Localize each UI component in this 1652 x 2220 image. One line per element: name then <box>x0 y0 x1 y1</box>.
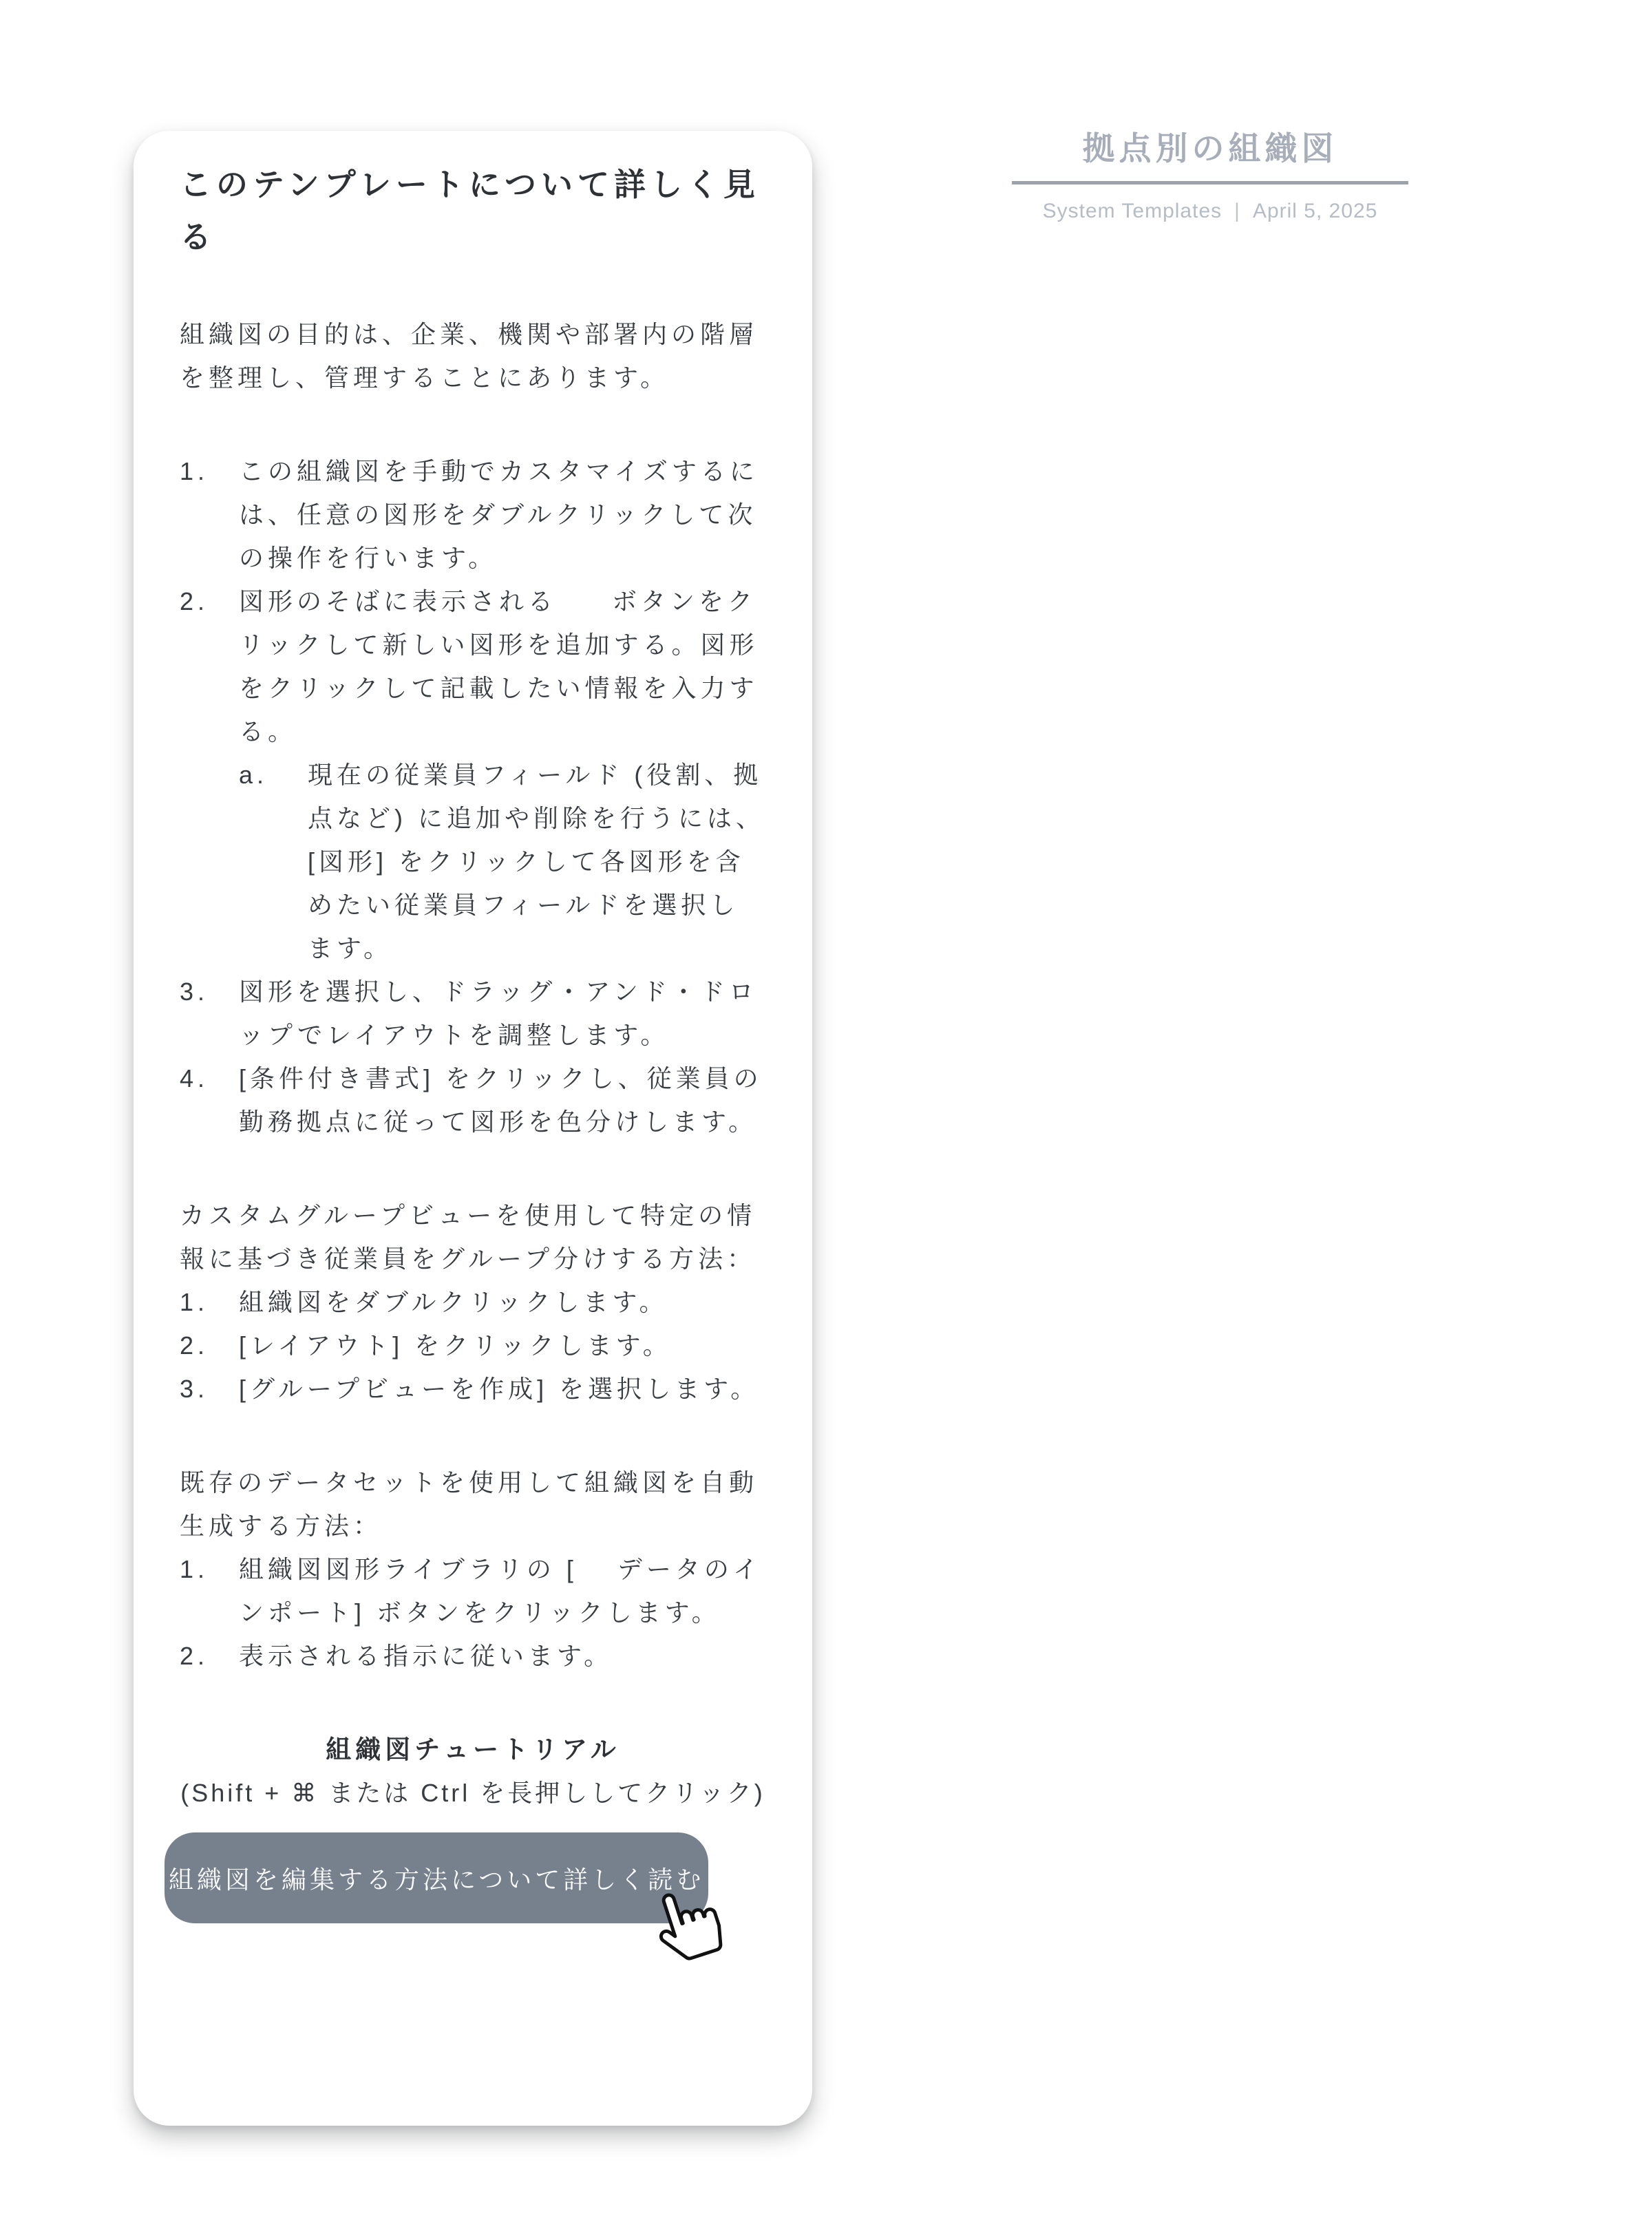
sub-list-item: a. 現在の従業員フィールド (役割、拠点など) に追加や削除を行うには、[図形… <box>239 753 766 970</box>
document-meta-date: April 5, 2025 <box>1253 200 1377 222</box>
list-item-text: この組織図を手動でカスタマイズするには、任意の図形をダブルクリックして次の操作を… <box>239 450 766 580</box>
list-item-text: 組織図をダブルクリックします。 <box>239 1280 766 1324</box>
list-item-text: [レイアウト] をクリックします。 <box>239 1324 766 1367</box>
document-meta-source: System Templates <box>1043 200 1222 222</box>
document-title: 拠点別の組織図 <box>1012 128 1408 169</box>
title-underline <box>1012 181 1408 184</box>
list-marker: 4. <box>180 1057 239 1143</box>
list-item-text-before-icon: 組織図図形ライブラリの [ <box>239 1555 578 1583</box>
groupview-list: 1. 組織図をダブルクリックします。 2. [レイアウト] をクリックします。 … <box>180 1280 766 1410</box>
list-marker: 2. <box>180 1634 239 1678</box>
list-marker: 2. <box>180 580 239 970</box>
list-marker: 1. <box>180 450 239 580</box>
list-marker: 2. <box>180 1324 239 1367</box>
list-item: 2. 表示される指示に従います。 <box>180 1634 766 1678</box>
list-item: 1. 組織図をダブルクリックします。 <box>180 1280 766 1324</box>
list-item: 1. 組織図図形ライブラリの [データのインポート] ボタンをクリックします。 <box>180 1547 766 1634</box>
list-item: 4. [条件付き書式] をクリックし、従業員の勤務拠点に従って図形を色分けします… <box>180 1057 766 1143</box>
list-item: 3. [グループビューを作成] を選択します。 <box>180 1367 766 1410</box>
list-marker: 1. <box>180 1547 239 1634</box>
list-item-text: [グループビューを作成] を選択します。 <box>239 1367 766 1410</box>
tutorial-link-title[interactable]: 組織図チュートリアル <box>180 1728 766 1771</box>
manual-customize-list: 1. この組織図を手動でカスタマイズするには、任意の図形をダブルクリックして次の… <box>180 450 766 1143</box>
meta-divider: | <box>1234 200 1240 222</box>
sub-list-marker: a. <box>239 753 308 970</box>
read-more-button-label: 組織図を編集する方法について詳しく読む <box>169 1861 704 1896</box>
document-header: 拠点別の組織図 System Templates|April 5, 2025 <box>1012 128 1408 225</box>
groupview-intro: カスタムグループビューを使用して特定の情報に基づき従業員をグループ分けする方法： <box>180 1194 766 1280</box>
list-item-text-before-icon: 図形のそばに表示される <box>239 587 557 615</box>
list-item: 2. 図形のそばに表示されるボタンをクリックして新しい図形を追加する。図形をクリ… <box>180 580 766 970</box>
list-marker: 3. <box>180 1367 239 1410</box>
tutorial-shortcut-note: (Shift + ⌘ または Ctrl を長押ししてクリック) <box>180 1771 766 1815</box>
document-meta: System Templates|April 5, 2025 <box>1012 198 1408 225</box>
list-marker: 3. <box>180 970 239 1057</box>
card-heading: このテンプレートについて詳しく見る <box>180 158 766 263</box>
autogen-intro: 既存のデータセットを使用して組織図を自動生成する方法： <box>180 1461 766 1547</box>
read-more-button[interactable]: 組織図を編集する方法について詳しく読む <box>165 1832 708 1923</box>
list-item-text: 図形を選択し、ドラッグ・アンド・ドロップでレイアウトを調整します。 <box>239 970 766 1057</box>
sub-list-item-text: 現在の従業員フィールド (役割、拠点など) に追加や削除を行うには、[図形] を… <box>308 753 766 970</box>
list-item-text: 図形のそばに表示されるボタンをクリックして新しい図形を追加する。図形をクリックし… <box>239 580 766 970</box>
list-marker: 1. <box>180 1280 239 1324</box>
list-item-text: [条件付き書式] をクリックし、従業員の勤務拠点に従って図形を色分けします。 <box>239 1057 766 1143</box>
list-item-text: 組織図図形ライブラリの [データのインポート] ボタンをクリックします。 <box>239 1547 766 1634</box>
template-info-card: このテンプレートについて詳しく見る 組織図の目的は、企業、機関や部署内の階層を整… <box>134 131 812 2126</box>
autogen-list: 1. 組織図図形ライブラリの [データのインポート] ボタンをクリックします。 … <box>180 1547 766 1678</box>
list-item: 2. [レイアウト] をクリックします。 <box>180 1324 766 1367</box>
list-item-text: 表示される指示に従います。 <box>239 1634 766 1678</box>
list-item: 1. この組織図を手動でカスタマイズするには、任意の図形をダブルクリックして次の… <box>180 450 766 580</box>
intro-paragraph: 組織図の目的は、企業、機関や部署内の階層を整理し、管理することにあります。 <box>180 313 766 399</box>
list-item: 3. 図形を選択し、ドラッグ・アンド・ドロップでレイアウトを調整します。 <box>180 970 766 1057</box>
